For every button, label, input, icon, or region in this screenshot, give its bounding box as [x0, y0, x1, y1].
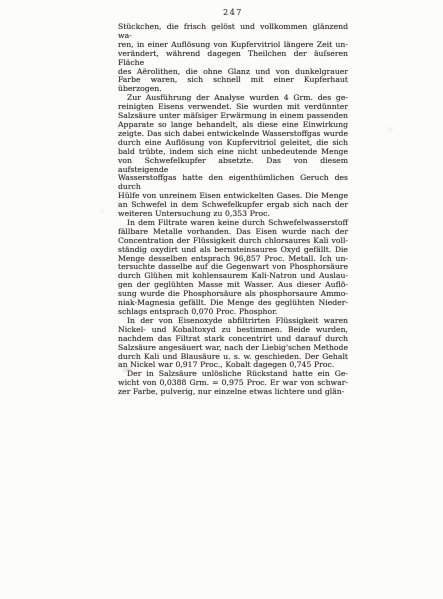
paragraph: In dem Filtrate waren keine durch Schwef… [118, 219, 348, 317]
page-text-block: Stückchen, die frisch gelöst und vollkom… [118, 23, 348, 397]
text-line: zer Farbe, pulverig, nur einzelne etwas … [118, 388, 348, 397]
text-line: Farbe waren, sich schnell mit einer Kupf… [118, 76, 348, 94]
text-line: Stückchen, die frisch gelöst und vollkom… [118, 23, 348, 41]
text-line: Wasserstoffgas hatte den eigenthümlichen… [118, 174, 348, 192]
scan-smudge [388, 128, 392, 131]
text-line: von Schwefelkupfer absetzte. Das von die… [118, 157, 348, 175]
text-line: verändert, während dagegen Theilchen der… [118, 50, 348, 68]
page-number: 247 [118, 8, 348, 17]
scan-smudge [100, 210, 104, 213]
scanned-book-page: 247 Stückchen, die frisch gelöst und vol… [0, 0, 443, 599]
paragraph: Der in Salzsäure unlösliche Rückstand ha… [118, 370, 348, 397]
paragraph: Stückchen, die frisch gelöst und vollkom… [118, 23, 348, 94]
paragraph: Zur Ausführung der Analyse wurden 4 Grm.… [118, 94, 348, 219]
paragraph: In der von Eisenoxyde abfiltrirten Flüss… [118, 317, 348, 370]
